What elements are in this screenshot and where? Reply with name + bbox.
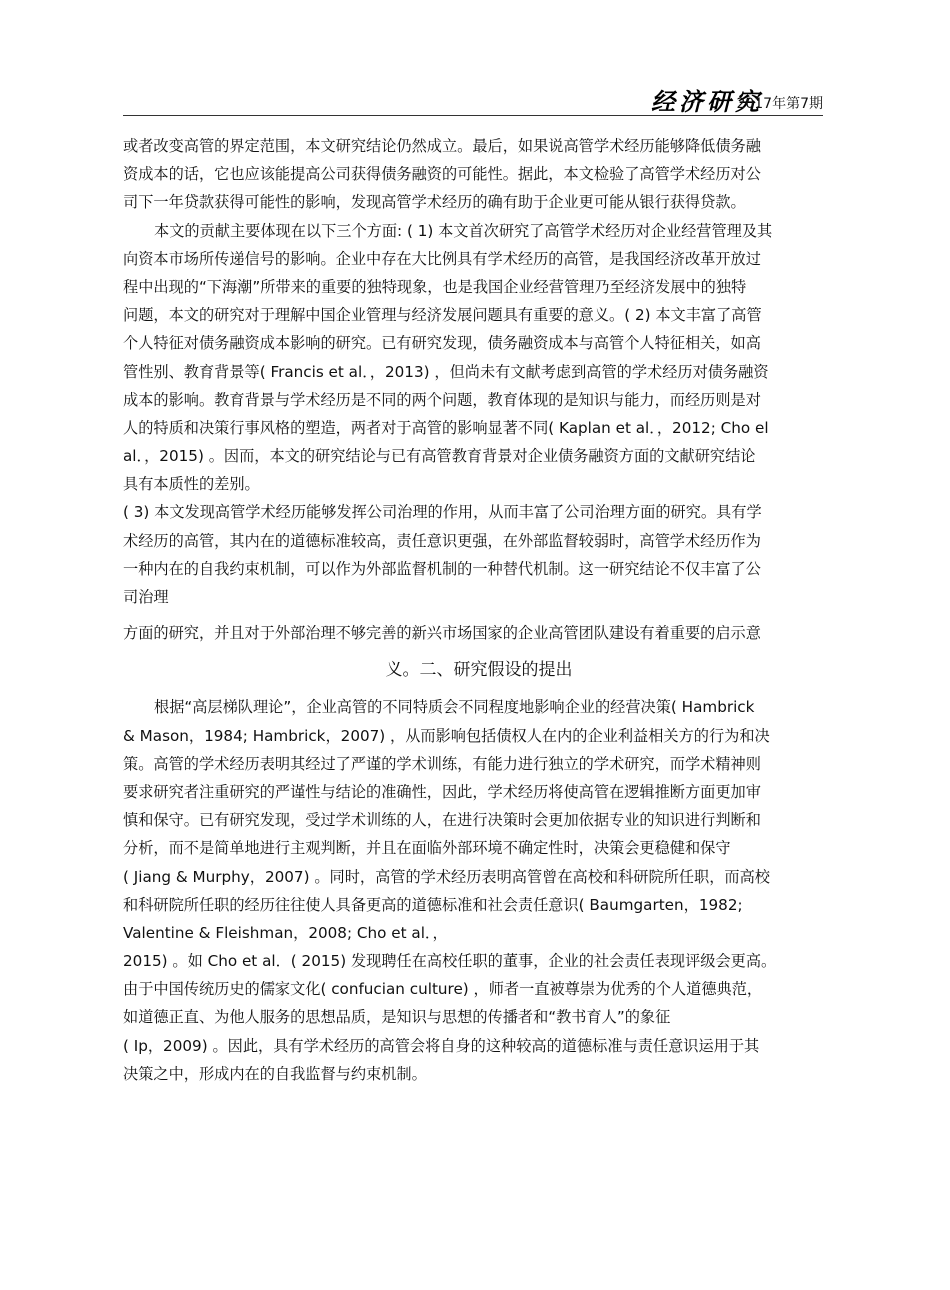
text-line: 方面的研究，并且对于外部治理不够完善的新兴市场国家的企业高管团队建设有着重要的启… xyxy=(123,619,835,647)
header-rule xyxy=(123,115,823,116)
text-line: 2015) 。如 Cho et al．( 2015) 发现聘任在高校任职的董事，… xyxy=(123,947,835,975)
text-line: al．，2015) 。因而，本文的研究结论与已有高管教育背景对企业债务融资方面的… xyxy=(123,442,835,470)
paragraph-1: 或者改变高管的界定范围，本文研究结论仍然成立。最后，如果说高管学术经历能够降低债… xyxy=(123,132,835,217)
text-line: ( Jiang & Murphy，2007) 。同时，高管的学术经历表明高管曾在… xyxy=(123,863,835,891)
text-line: 本文的贡献主要体现在以下三个方面: ( 1) 本文首次研究了高管学术经历对企业经… xyxy=(123,217,835,245)
running-header: 经济研究 2017年第7期 xyxy=(123,88,823,116)
text-line: 司下一年贷款获得可能性的影响，发现高管学术经历的确有助于企业更可能从银行获得贷款… xyxy=(123,188,835,216)
paragraph-hypotheses: 根据“高层梯队理论”，企业高管的不同特质会不同程度地影响企业的经营决策( Ham… xyxy=(123,693,835,1088)
text-line: 要求研究者注重研究的严谨性与结论的准确性，因此，学术经历将使高管在逻辑推断方面更… xyxy=(123,778,835,806)
text-line: 人的特质和决策行事风格的塑造，两者对于高管的影响显著不同( Kaplan et … xyxy=(123,414,835,442)
text-line: 分析，而不是简单地进行主观判断，并且在面临外部环境不确定性时，决策会更稳健和保守 xyxy=(123,834,835,862)
text-line: 术经历的高管，其内在的道德标准较高，责任意识更强，在外部监督较弱时，高管学术经历… xyxy=(123,527,835,555)
spacer xyxy=(123,611,835,619)
text-line: 决策之中，形成内在的自我监督与约束机制。 xyxy=(123,1060,835,1088)
text-line: 根据“高层梯队理论”，企业高管的不同特质会不同程度地影响企业的经营决策( Ham… xyxy=(123,693,835,721)
text-line: 个人特征对债务融资成本影响的研究。已有研究发现，债务融资成本与高管个人特征相关，… xyxy=(123,329,835,357)
paragraph-continuation: 方面的研究，并且对于外部治理不够完善的新兴市场国家的企业高管团队建设有着重要的启… xyxy=(123,619,835,647)
text-line: ( 3) 本文发现高管学术经历能够发挥公司治理的作用，从而丰富了公司治理方面的研… xyxy=(123,498,835,526)
issue-label: 2017年第7期 xyxy=(736,94,823,114)
text-line: ( Ip，2009) 。因此，具有学术经历的高管会将自身的这种较高的道德标准与责… xyxy=(123,1032,835,1060)
text-line: 由于中国传统历史的儒家文化( confucian culture) ，师者一直被… xyxy=(123,975,835,1003)
text-line: 如道德正直、为他人服务的思想品质，是知识与思想的传播者和“教书育人”的象征 xyxy=(123,1003,835,1031)
text-line: 具有本质性的差别。 xyxy=(123,470,835,498)
text-line: 一种内在的自我约束机制，可以作为外部监督机制的一种替代机制。这一研究结论不仅丰富… xyxy=(123,555,835,583)
text-line: 程中出现的“下海潮”所带来的重要的独特现象，也是我国企业经营管理乃至经济发展中的… xyxy=(123,273,835,301)
text-line: Valentine & Fleishman，2008; Cho et al．， xyxy=(123,919,835,947)
text-line: 问题，本文的研究对于理解中国企业管理与经济发展问题具有重要的意义。( 2) 本文… xyxy=(123,301,835,329)
text-line: 和科研院所任职的经历往往使人具备更高的道德标准和社会责任意识( Baumgart… xyxy=(123,891,835,919)
text-line: 策。高管的学术经历表明其经过了严谨的学术训练，有能力进行独立的学术研究，而学术精… xyxy=(123,750,835,778)
text-line: 慎和保守。已有研究发现，受过学术训练的人，在进行决策时会更加依据专业的知识进行判… xyxy=(123,806,835,834)
text-line: 资成本的话，它也应该能提高公司获得债务融资的可能性。据此，本文检验了高管学术经历… xyxy=(123,160,835,188)
text-line: 或者改变高管的界定范围，本文研究结论仍然成立。最后，如果说高管学术经历能够降低债… xyxy=(123,132,835,160)
article-body: 或者改变高管的界定范围，本文研究结论仍然成立。最后，如果说高管学术经历能够降低债… xyxy=(123,132,835,1088)
text-line: 成本的影响。教育背景与学术经历是不同的两个问题，教育体现的是知识与能力，而经历则… xyxy=(123,386,835,414)
text-line: 向资本市场所传递信号的影响。企业中存在大比例具有学术经历的高管，是我国经济改革开… xyxy=(123,245,835,273)
text-line: & Mason，1984; Hambrick，2007) ，从而影响包括债权人在… xyxy=(123,722,835,750)
paragraph-contribution-3: ( 3) 本文发现高管学术经历能够发挥公司治理的作用，从而丰富了公司治理方面的研… xyxy=(123,498,835,611)
text-line: 司治理 xyxy=(123,583,835,611)
section-heading: 义。二、研究假设的提出 xyxy=(123,653,835,687)
paragraph-contributions: 本文的贡献主要体现在以下三个方面: ( 1) 本文首次研究了高管学术经历对企业经… xyxy=(123,217,835,499)
text-line: 管性别、教育背景等( Francis et al．，2013) ，但尚未有文献考… xyxy=(123,358,835,386)
